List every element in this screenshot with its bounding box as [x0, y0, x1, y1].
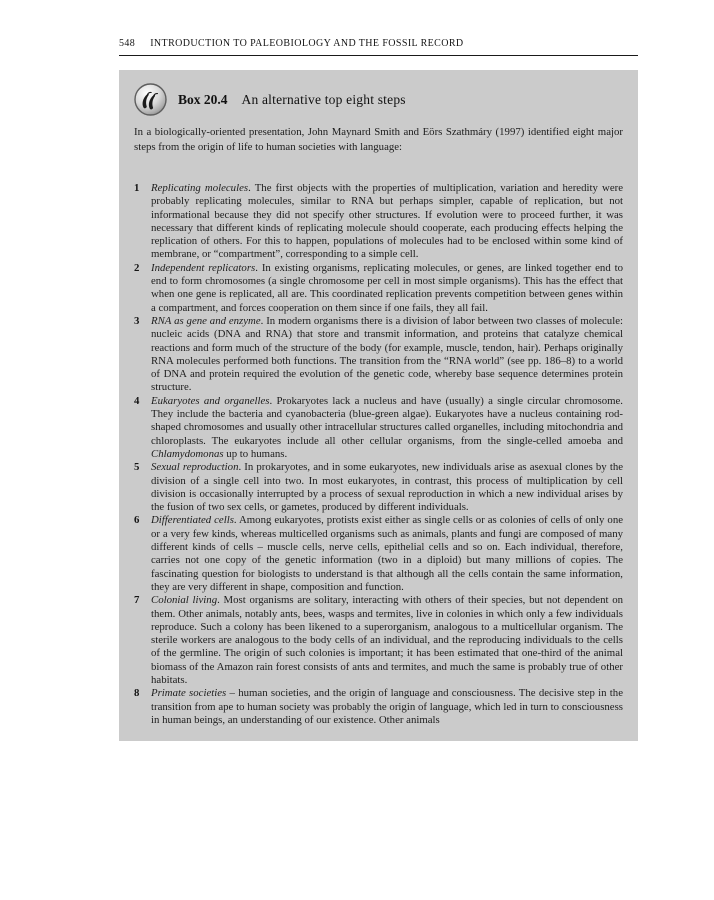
- list-item-3: 3 RNA as gene and enzyme. In modern orga…: [134, 315, 623, 395]
- step-term: RNA as gene and enzyme: [151, 315, 261, 327]
- chili-peppers-sphere-icon: [134, 83, 167, 116]
- book-page: 548INTRODUCTION TO PALEOBIOLOGY AND THE …: [0, 0, 714, 900]
- step-number: 3: [134, 315, 151, 395]
- box-title: An alternative top eight steps: [242, 92, 406, 108]
- list-item-1: 1 Replicating molecules. The first objec…: [134, 182, 623, 262]
- list-item-7: 7 Colonial living. Most organisms are so…: [134, 594, 623, 687]
- box-label: Box 20.4: [178, 92, 228, 108]
- step-text: Primate societies – human societies, and…: [151, 687, 623, 727]
- list-item-4: 4 Eukaryotes and organelles. Prokaryotes…: [134, 395, 623, 461]
- page-number: 548: [119, 38, 135, 49]
- step-number: 6: [134, 514, 151, 594]
- header-rule: [119, 55, 638, 56]
- list-item-5: 5 Sexual reproduction. In prokaryotes, a…: [134, 461, 623, 514]
- step-term: Sexual reproduction: [151, 461, 238, 473]
- step-text: Replicating molecules. The first objects…: [151, 182, 623, 262]
- list-item-6: 6 Differentiated cells. Among eukaryotes…: [134, 514, 623, 594]
- box-20-4-panel: Box 20.4 An alternative top eight steps …: [119, 70, 638, 741]
- step-term: Independent replicators: [151, 262, 255, 274]
- step-number: 4: [134, 395, 151, 461]
- step-number: 2: [134, 262, 151, 315]
- step-text: RNA as gene and enzyme. In modern organi…: [151, 315, 623, 395]
- step-term: Replicating molecules: [151, 182, 248, 194]
- step-text: Differentiated cells. Among eukaryotes, …: [151, 514, 623, 594]
- step-text: Independent replicators. In existing org…: [151, 262, 623, 315]
- steps-list: 1 Replicating molecules. The first objec…: [134, 182, 623, 727]
- step-number: 1: [134, 182, 151, 262]
- step-number: 8: [134, 687, 151, 727]
- step-term: Eukaryotes and organelles: [151, 395, 270, 407]
- step-number: 5: [134, 461, 151, 514]
- list-item-8: 8 Primate societies – human societies, a…: [134, 687, 623, 727]
- step-term: Colonial living: [151, 594, 217, 606]
- step-text: Eukaryotes and organelles. Prokaryotes l…: [151, 395, 623, 461]
- box-title-row: Box 20.4 An alternative top eight steps: [134, 83, 623, 116]
- step-text: Colonial living. Most organisms are soli…: [151, 594, 623, 687]
- step-term: Differentiated cells: [151, 514, 234, 526]
- step-number: 7: [134, 594, 151, 687]
- species-name: Chlamydomonas: [151, 448, 224, 460]
- running-head: 548INTRODUCTION TO PALEOBIOLOGY AND THE …: [119, 38, 639, 49]
- box-intro: In a biologically-oriented presentation,…: [134, 125, 623, 155]
- step-term: Primate societies: [151, 687, 226, 699]
- list-item-2: 2 Independent replicators. In existing o…: [134, 262, 623, 315]
- running-head-title: INTRODUCTION TO PALEOBIOLOGY AND THE FOS…: [150, 38, 463, 49]
- step-text: Sexual reproduction. In prokaryotes, and…: [151, 461, 623, 514]
